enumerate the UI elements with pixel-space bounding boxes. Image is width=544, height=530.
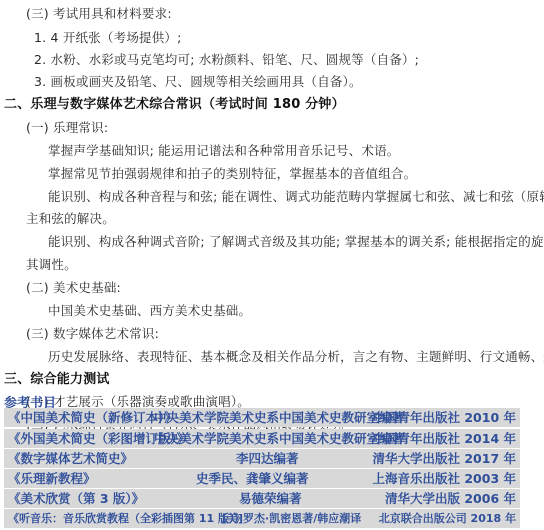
paragraph-line: 中国美术史基础、西方美术史基础。 — [48, 303, 251, 319]
reference-row: 《乐理新教程》 史季民、龚肇义编著 上海音乐出版社 2003 年 — [4, 469, 520, 488]
list-item: 2. 水粉、水彩或马克笔均可; 水粉颜料、铅笔、尺、圆规等（自备）; — [34, 52, 419, 68]
reference-author: 中央美术学院美术史系中国美术史教研室编著 — [154, 408, 404, 427]
subsection-heading-digital-media: (三) 数字媒体艺术常识: — [26, 326, 159, 342]
reference-row: 《数字媒体艺术简史》 李四达编著 清华大学出版社 2017 年 — [4, 449, 520, 468]
reference-publisher: 上海音乐出版社 2003 年 — [373, 469, 517, 488]
reference-publisher: 中国青年出版社 2014 年 — [373, 429, 517, 448]
list-item: 3. 画板或画夹及铅笔、尺、圆规等相关绘画用具（自备）。 — [34, 74, 362, 90]
section-heading-music-theory-media: 二、乐理与数字媒体艺术综合常识（考试时间 180 分钟） — [4, 97, 345, 113]
paragraph-line: 能识别、构成各种调式音阶; 了解调式音级及其功能; 掌握基本的调关系; 能根据指… — [48, 234, 544, 250]
paragraph-line: 历史发展脉络、表现特征、基本概念及相关作品分析，言之有物、主题鲜明、行文通畅、逻… — [48, 349, 544, 365]
reference-row: 《中国美术简史（新修订本）》 中央美术学院美术史系中国美术史教研室编著 中国青年… — [4, 408, 520, 427]
reference-book: 《美术欣赏（第 3 版）》 — [8, 489, 144, 508]
paragraph-line: 其调性。 — [26, 257, 77, 273]
reference-author: 易德荣编著 — [239, 489, 302, 508]
subsection-heading-music-theory: (一) 乐理常识: — [26, 120, 108, 136]
reference-book: 《乐理新教程》 — [8, 469, 96, 488]
reference-publisher: 清华大学出版 2006 年 — [385, 489, 516, 508]
reference-book: 《中国美术简史（新修订本）》 — [8, 408, 177, 427]
reference-author: 李四达编著 — [236, 449, 299, 468]
reference-publisher: 清华大学出版社 2017 年 — [373, 449, 517, 468]
section-heading-comprehensive-test: 三、综合能力测试 — [4, 372, 110, 388]
reference-book: 《听音乐：音乐欣赏教程（全彩插图第 11 版）》 — [8, 509, 245, 528]
paragraph-line: 主和弦的解决。 — [26, 211, 115, 227]
reference-row: 《外国美术简史（彩图增订版）》 中央美术学院美术史系中国美术史教研室编著 中国青… — [4, 429, 520, 448]
paragraph-line: 掌握常见节拍强弱规律和拍子的类别特征，掌握基本的音值组合。 — [48, 166, 416, 182]
reference-author: [美]罗杰·凯密恩著/韩应潮译 — [222, 509, 361, 528]
reference-author: 史季民、龚肇义编著 — [196, 469, 309, 488]
reference-publisher: 北京联合出版公司 2018 年 — [379, 509, 516, 528]
paragraph-line: 掌握声学基础知识; 能运用记谱法和各种常用音乐记号、术语。 — [48, 143, 400, 159]
reference-row: 《听音乐：音乐欣赏教程（全彩插图第 11 版）》 [美]罗杰·凯密恩著/韩应潮译… — [4, 509, 520, 528]
subsection-heading-art-history: (二) 美术史基础: — [26, 280, 121, 296]
reference-book: 《数字媒体艺术简史》 — [8, 449, 133, 468]
reference-publisher: 中国青年出版社 2010 年 — [373, 408, 517, 427]
paragraph-line: 能识别、构成各种音程与和弦; 能在调性、调式功能范畴内掌握属七和弦、减七和弦（原… — [48, 189, 544, 205]
reference-row: 《美术欣赏（第 3 版）》 易德荣编著 清华大学出版 2006 年 — [4, 489, 520, 508]
list-item: 1. 4 开纸张（考场提供）; — [34, 30, 182, 46]
reference-author: 中央美术学院美术史系中国美术史教研室编著 — [154, 429, 404, 448]
subsection-heading-exam-materials: (三) 考试用具和材料要求: — [26, 6, 172, 22]
